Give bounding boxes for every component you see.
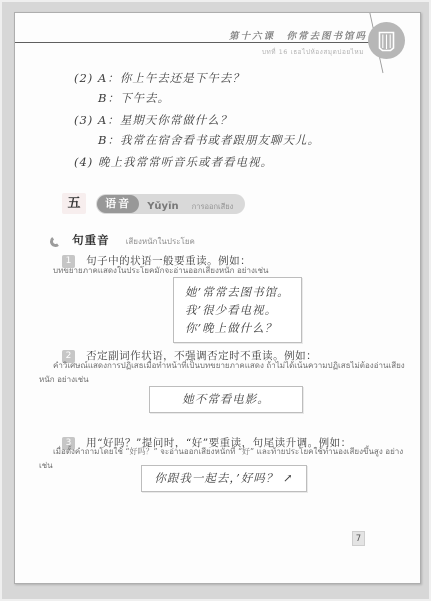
page-number: 7 — [352, 531, 365, 546]
example-box: 你跟我一起去，’好吗？ ↗ — [141, 465, 307, 492]
rule-text-thai: คำวิเศษณ์แสดงการปฏิเสธเมื่อทำหน้าที่เป็น… — [39, 359, 407, 386]
speaker-label: B： — [98, 91, 120, 105]
rule-text-thai: บทขยายภาคแสดงในประโยคมักจะอ่านออกเสียงหน… — [39, 264, 407, 278]
dialogue-text: 你上午去还是下午去？ — [120, 71, 245, 85]
dialogue-text: 下午去。 — [120, 91, 170, 105]
subsection-header: 句重音 เสียงหนักในประโยค — [50, 229, 195, 248]
subsection-title-thai: เสียงหนักในประโยค — [126, 237, 195, 246]
example-box: 她不常看电影。 — [149, 386, 303, 413]
example-sentence: 我’很少看电视。 — [185, 301, 290, 319]
example-box: 她’常常去图书馆。 我’很少看电视。 你’晚上做什么？ — [173, 277, 302, 343]
section-title-pinyin: Yǔyīn — [147, 201, 178, 212]
dialogue-text: 晚上我常常听音乐或者看电视。 — [98, 155, 273, 169]
lesson-title: 第十六课 你常去图书馆吗 — [229, 28, 367, 42]
example-sentence: 你跟我一起去，’好吗？ ↗ — [142, 471, 306, 486]
dialogue-number: (4) — [74, 155, 98, 169]
crescent-bullet-icon — [49, 235, 61, 247]
section-header: 五 语音 Yǔyīn การออกเสียง — [62, 193, 245, 214]
section-title-pill: 语音 Yǔyīn การออกเสียง — [96, 194, 245, 214]
section-title-chinese: 语音 — [97, 195, 139, 213]
dialogue-line: B：下午去。 — [74, 90, 320, 110]
dialogue-line: (3)A：星期天你常做什么？ — [74, 112, 320, 132]
dialogue-text: 我常在宿舍看书或者跟朋友聊天儿。 — [120, 133, 320, 147]
dialogue-line: (2)A：你上午去还是下午去？ — [74, 70, 320, 90]
example-sentence: 她不常看电影。 — [150, 392, 302, 407]
header-divider — [15, 42, 370, 43]
publisher-logo-icon — [368, 22, 405, 59]
subsection-title-chinese: 句重音 — [72, 233, 110, 247]
speaker-label: B： — [98, 133, 120, 147]
dialogue-line: B：我常在宿舍看书或者跟朋友聊天儿。 — [74, 132, 320, 152]
lesson-subtitle-thai: บทที่ 16 เธอไปห้องสมุดบ่อยไหม — [262, 47, 364, 57]
dialogue-text: 星期天你常做什么？ — [120, 113, 233, 127]
dialogue-line: (4)晚上我常常听音乐或者看电视。 — [74, 154, 320, 174]
section-title-thai: การออกเสียง — [192, 202, 234, 211]
example-sentence: 她’常常去图书馆。 — [185, 283, 290, 301]
dialogue-number: (2) — [74, 71, 98, 85]
speaker-label: A： — [98, 71, 120, 85]
speaker-label: A： — [98, 113, 120, 127]
dialogue-number: (3) — [74, 113, 98, 127]
section-number: 五 — [62, 193, 86, 214]
example-sentence: 你’晚上做什么？ — [185, 319, 290, 337]
textbook-page: 第十六课 你常去图书馆吗 บทที่ 16 เธอไปห้องสมุดบ่อยไ… — [14, 12, 421, 584]
dialogue-list: (2)A：你上午去还是下午去？ B：下午去。 (3)A：星期天你常做什么？ B：… — [74, 70, 320, 174]
